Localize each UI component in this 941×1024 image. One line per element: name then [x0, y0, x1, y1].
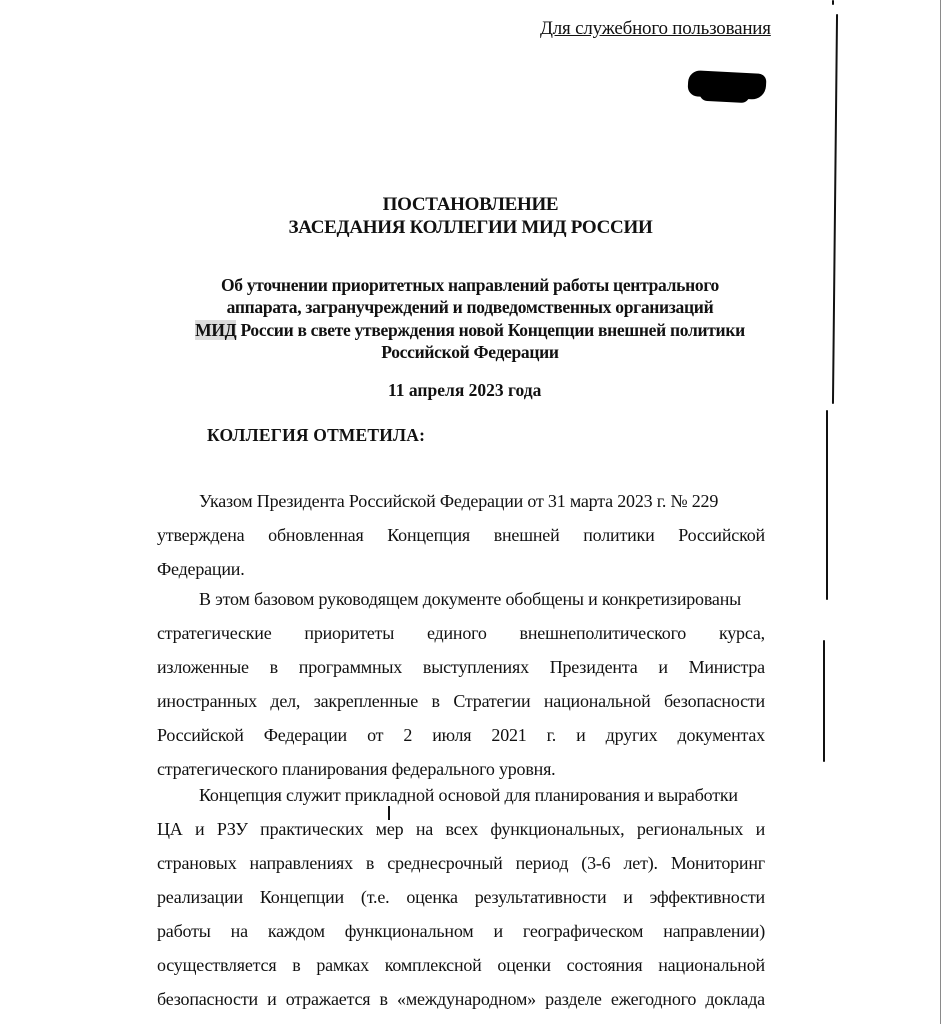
document-date: 11 апреля 2023 года: [388, 380, 541, 401]
subtitle-line: Об уточнении приоритетных направлений ра…: [150, 274, 790, 296]
document-title-line2: ЗАСЕДАНИЯ КОЛЛЕГИИ МИД РОССИИ: [0, 215, 941, 240]
text-line: иностранныхдел,закрепленныевСтратегиинац…: [157, 684, 765, 718]
text-line: безопасностииотражаетсяв«международном»р…: [157, 982, 765, 1016]
scan-artifact-line: [832, 0, 834, 5]
paragraph-2: В этом базовом руководящем документе обо…: [157, 582, 765, 786]
paragraph-3: Концепция служит прикладной основой для …: [157, 778, 765, 1016]
text-line: осуществляетсяврамкахкомплекснойоценкисо…: [157, 948, 765, 982]
text-line: утвержденаобновленнаяКонцепциявнешнейпол…: [157, 518, 765, 552]
scan-artifact-line: [823, 640, 825, 762]
highlighted-text: МИД: [195, 320, 236, 340]
text-line: Федерации.: [157, 552, 765, 586]
text-line: Указом Президента Российской Федерации о…: [157, 484, 765, 518]
subtitle-line: Российской Федерации: [150, 341, 790, 363]
text-line: стратегическиеприоритетыединоговнешнепол…: [157, 616, 765, 650]
text-line: В этом базовом руководящем документе обо…: [157, 582, 765, 616]
section-heading: КОЛЛЕГИЯ ОТМЕТИЛА:: [207, 425, 425, 446]
text-line: работынакаждомфункциональномигеографичес…: [157, 914, 765, 948]
scan-artifact-line: [826, 410, 828, 600]
paragraph-1: Указом Президента Российской Федерации о…: [157, 484, 765, 586]
text-line: реализацииКонцепции(т.е.оценкарезультати…: [157, 880, 765, 914]
redaction-mark: [687, 70, 766, 100]
text-line: Концепция служит прикладной основой для …: [157, 778, 765, 812]
subtitle-line: МИД России в свете утверждения новой Кон…: [150, 319, 790, 341]
text-line: РоссийскойФедерацииот2июля2021г.идругихд…: [157, 718, 765, 752]
text-line: изложенныевпрограммныхвыступленияхПрезид…: [157, 650, 765, 684]
subtitle-line: аппарата, загранучреждений и подведомств…: [150, 296, 790, 318]
text-line: ЦАиРЗУпрактическихмернавсехфункциональны…: [157, 812, 765, 846]
classification-stamp: Для служебного пользования: [540, 18, 771, 40]
text-line: страновыхнаправленияхвсреднесрочныйперио…: [157, 846, 765, 880]
text-cursor-mark: [388, 806, 390, 820]
document-title: ПОСТАНОВЛЕНИЕ: [0, 192, 941, 217]
